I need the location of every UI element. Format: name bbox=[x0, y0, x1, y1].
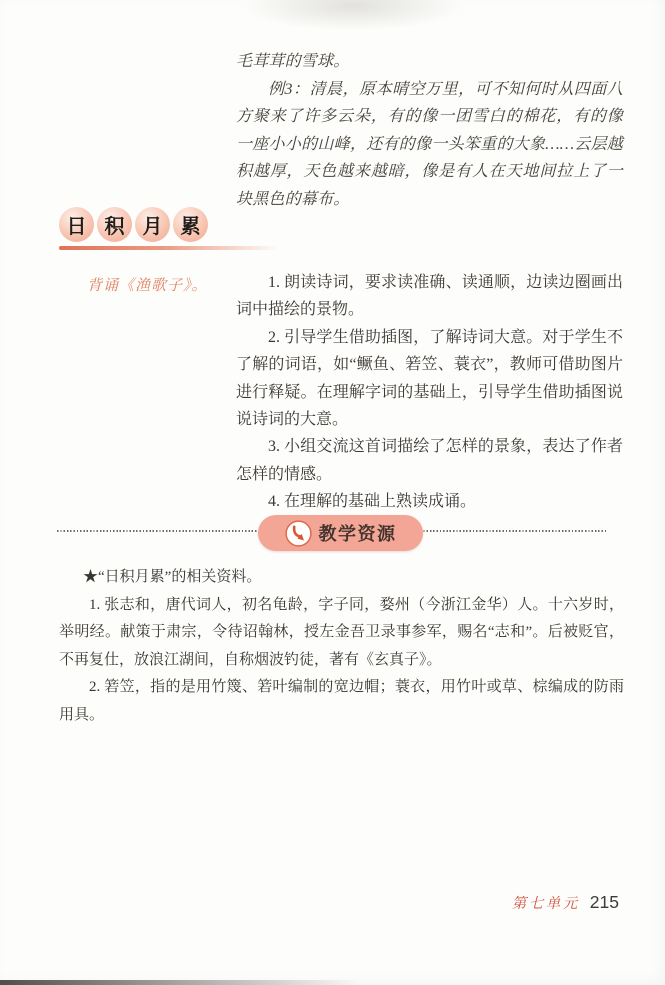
section-header: 日 积 月 累 bbox=[59, 207, 208, 242]
header-char-circle: 积 bbox=[97, 207, 132, 242]
page-footer: 第七单元 215 bbox=[512, 892, 619, 913]
teaching-step: 4. 在理解的基础上熟读成诵。 bbox=[236, 488, 623, 515]
book-page: 毛茸茸的雪球。 例3：清晨，原本晴空万里，可不知何时从四面八方聚来了许多云朵，有… bbox=[0, 0, 665, 985]
down-arrow-circle-icon bbox=[285, 520, 312, 547]
scan-shadow-top bbox=[238, 0, 468, 32]
teaching-step: 2. 引导学生借助插图，了解诗词大意。对于学生不了解的词语，如“鳜鱼、箬笠、蓑衣… bbox=[236, 324, 623, 434]
header-char-circle: 月 bbox=[135, 207, 170, 242]
resources-badge: 教学资源 bbox=[258, 515, 423, 551]
resources-badge-label: 教学资源 bbox=[319, 520, 397, 546]
margin-note: 背诵《渔歌子》。 bbox=[87, 274, 208, 295]
scan-shadow-bottom bbox=[0, 980, 390, 985]
header-char-circle: 日 bbox=[59, 207, 94, 242]
resources-star-line: ★“日积月累”的相关资料。 bbox=[59, 564, 624, 592]
header-char-circle: 累 bbox=[173, 207, 208, 242]
example-text-block: 毛茸茸的雪球。 例3：清晨，原本晴空万里，可不知何时从四面八方聚来了许多云朵，有… bbox=[236, 48, 623, 214]
resources-paragraph: 1. 张志和，唐代词人，初名龟龄，字子同，婺州（今浙江金华）人。十六岁时，举明经… bbox=[59, 592, 624, 675]
example-paragraph: 例3：清晨，原本晴空万里，可不知何时从四面八方聚来了许多云朵，有的像一团雪白的棉… bbox=[236, 76, 623, 214]
header-underline bbox=[59, 246, 289, 250]
example-continuation-line: 毛茸茸的雪球。 bbox=[236, 48, 623, 76]
teaching-step: 1. 朗读诗词，要求读准确、读通顺，边读边圈画出词中描绘的景物。 bbox=[236, 269, 623, 324]
resources-block: ★“日积月累”的相关资料。 1. 张志和，唐代词人，初名龟龄，字子同，婺州（今浙… bbox=[59, 564, 624, 729]
resources-paragraph: 2. 箬笠，指的是用竹篾、箬叶编制的宽边帽；蓑衣，用竹叶或草、棕编成的防雨用具。 bbox=[59, 674, 624, 729]
teaching-step: 3. 小组交流这首词描绘了怎样的景象，表达了作者怎样的情感。 bbox=[236, 433, 623, 488]
unit-label: 第七单元 bbox=[512, 892, 580, 913]
teaching-steps-block: 1. 朗读诗词，要求读准确、读通顺，边读边圈画出词中描绘的景物。 2. 引导学生… bbox=[236, 269, 623, 516]
page-number: 215 bbox=[590, 892, 619, 913]
